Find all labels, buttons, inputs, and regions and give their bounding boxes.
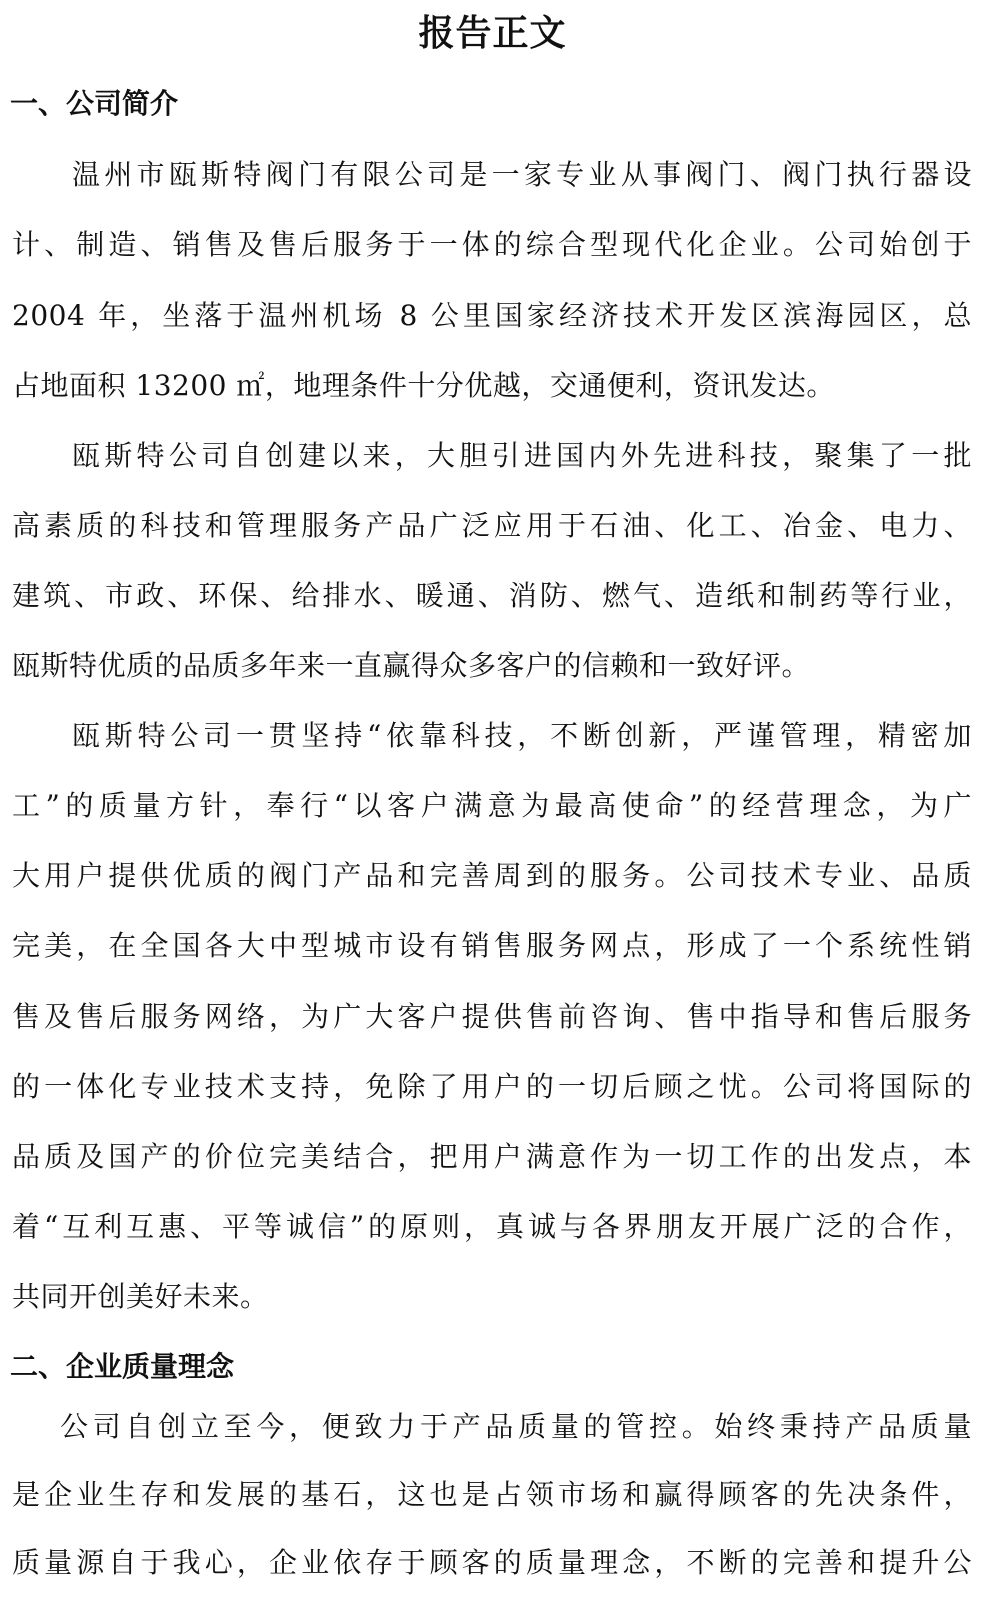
- paragraph-line: 品质及国产的价位完美结合，把用户满意作为一切工作的出发点，本: [12, 1137, 972, 1177]
- paragraph-line: 公司自创立至今，便致力于产品质量的管控。始终秉持产品质量: [60, 1407, 972, 1447]
- paragraph-line: 的一体化专业技术支持，免除了用户的一切后顾之忧。公司将国际的: [12, 1067, 972, 1107]
- paragraph-line: 2004 年，坐落于温州机场 8 公里国家经济技术开发区滨海园区，总: [12, 296, 972, 336]
- section-heading-company-profile: 一、公司简介: [10, 84, 178, 124]
- paragraph-line: 完美，在全国各大中型城市设有销售服务网点，形成了一个系统性销: [12, 926, 972, 966]
- paragraph-line: 瓯斯特优质的品质多年来一直赢得众多客户的信赖和一致好评。: [12, 646, 972, 686]
- paragraph-line: 售及售后服务网络，为广大客户提供售前咨询、售中指导和售后服务: [12, 997, 972, 1037]
- section-heading-quality-philosophy: 二、企业质量理念: [10, 1347, 234, 1387]
- paragraph-line: 计、制造、销售及售后服务于一体的综合型现代化企业。公司始创于: [12, 225, 972, 265]
- paragraph-line: 质量源自于我心，企业依存于顾客的质量理念，不断的完善和提升公: [12, 1543, 972, 1583]
- paragraph-line: 瓯斯特公司自创建以来，大胆引进国内外先进科技，聚集了一批: [72, 436, 972, 476]
- paragraph-line: 建筑、市政、环保、给排水、暖通、消防、燃气、造纸和制药等行业，: [12, 576, 972, 616]
- paragraph-line: 瓯斯特公司一贯坚持“依靠科技，不断创新，严谨管理，精密加: [72, 716, 972, 756]
- paragraph-line: 温州市瓯斯特阀门有限公司是一家专业从事阀门、阀门执行器设: [72, 155, 972, 195]
- paragraph-line: 是企业生存和发展的基石，这也是占领市场和赢得顾客的先决条件，: [12, 1475, 972, 1515]
- paragraph-line: 共同开创美好未来。: [12, 1277, 972, 1317]
- paragraph-line: 工”的质量方针，奉行“以客户满意为最高使命”的经营理念，为广: [12, 786, 972, 826]
- document-title: 报告正文: [0, 8, 985, 60]
- paragraph-line: 高素质的科技和管理服务产品广泛应用于石油、化工、冶金、电力、: [12, 506, 972, 546]
- paragraph-line: 占地面积 13200 ㎡，地理条件十分优越，交通便利，资讯发达。: [12, 366, 972, 406]
- paragraph-line: 着“互利互惠、平等诚信”的原则，真诚与各界朋友开展广泛的合作，: [12, 1207, 972, 1247]
- paragraph-line: 大用户提供优质的阀门产品和完善周到的服务。公司技术专业、品质: [12, 856, 972, 896]
